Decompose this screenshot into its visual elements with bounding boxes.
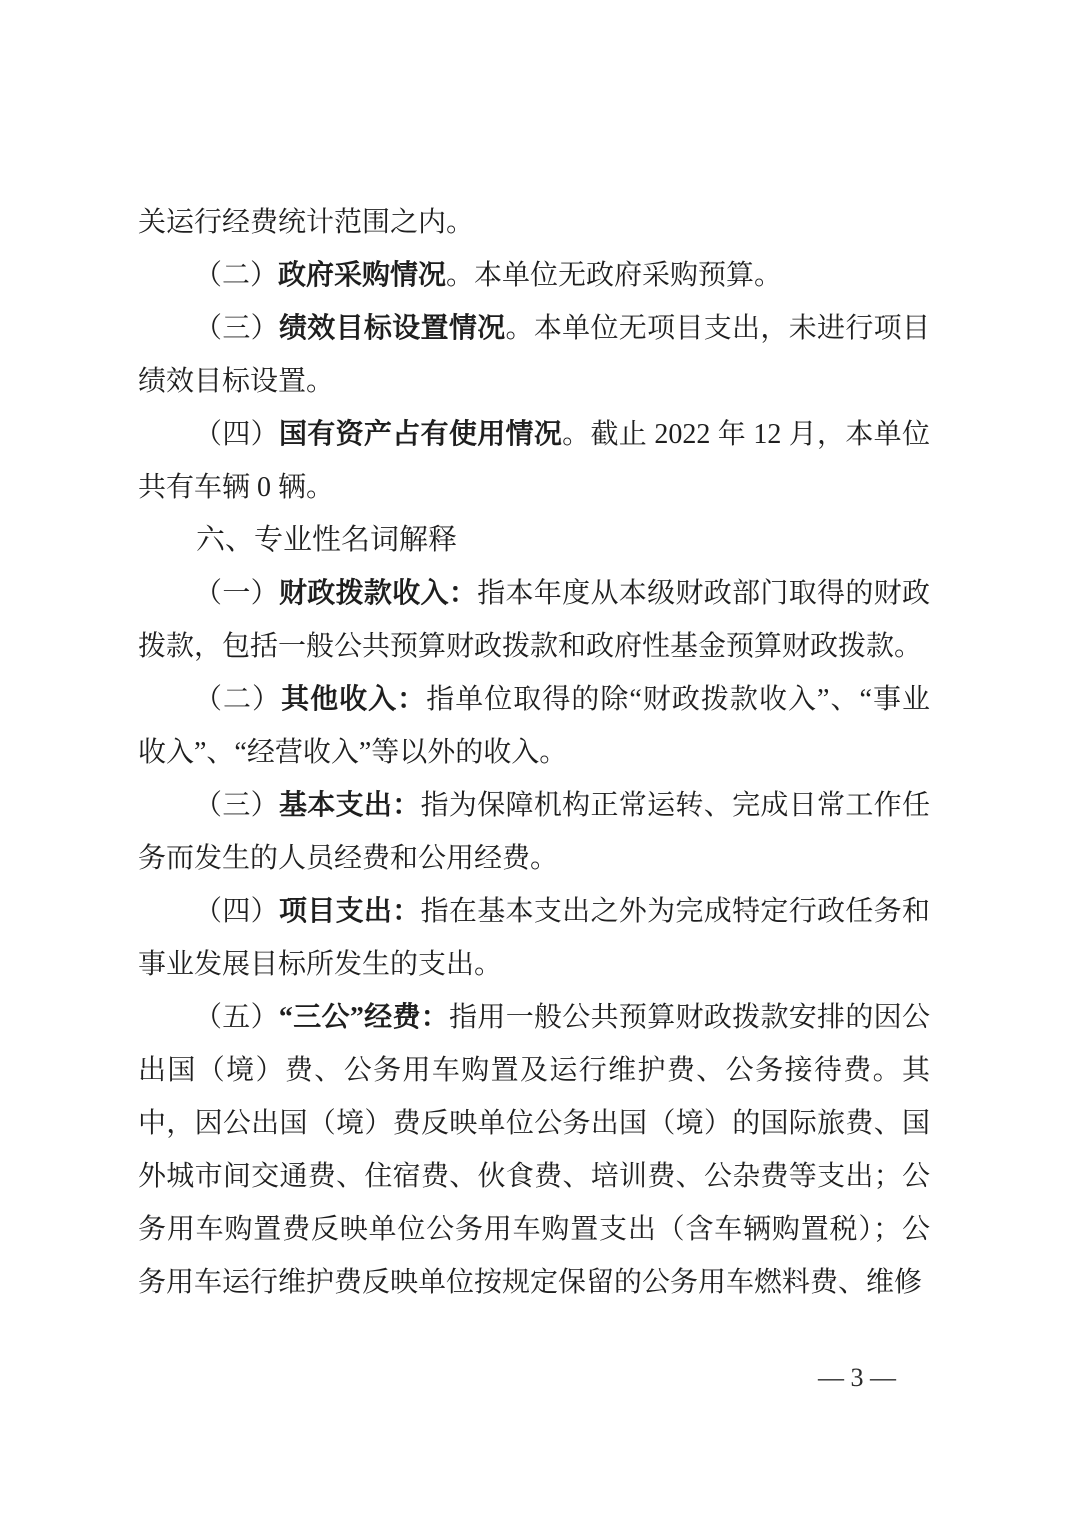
text-run: （二）: [194, 260, 278, 291]
body-paragraph: 关运行经费统计范围之内。: [138, 196, 930, 249]
body-paragraph: （一）财政拨款收入：指本年度从本级财政部门取得的财政拨款，包括一般公共预算财政拨…: [138, 567, 930, 673]
bold-term: 基本支出：: [279, 790, 421, 821]
bold-term: 其他收入：: [281, 684, 426, 715]
body-paragraph: （五）“三公”经费：指用一般公共预算财政拨款安排的因公出国（境）费、公务用车购置…: [138, 991, 930, 1309]
document-page: 关运行经费统计范围之内。（二）政府采购情况。本单位无政府采购预算。（三）绩效目标…: [0, 0, 1074, 1520]
text-run: （三）: [194, 313, 279, 344]
bold-term: “三公”经费：: [279, 1002, 449, 1033]
body-paragraph: （四）国有资产占有使用情况。截止 2022 年 12 月，本单位共有车辆 0 辆…: [138, 408, 930, 514]
text-run: （二）: [194, 684, 281, 715]
page-number: — 3 —: [800, 1362, 914, 1394]
bold-term: 国有资产占有使用情况: [279, 419, 562, 450]
document-body: 关运行经费统计范围之内。（二）政府采购情况。本单位无政府采购预算。（三）绩效目标…: [138, 196, 930, 1309]
text-run: 。本单位无政府采购预算。: [446, 260, 782, 291]
body-paragraph: （三）基本支出：指为保障机构正常运转、完成日常工作任务而发生的人员经费和公用经费…: [138, 779, 930, 885]
text-run: （一）: [194, 578, 279, 609]
text-run: （四）: [194, 419, 279, 450]
text-run: 指用一般公共预算财政拨款安排的因公出国（境）费、公务用车购置及运行维护费、公务接…: [138, 1002, 930, 1298]
bold-term: 项目支出：: [279, 896, 421, 927]
body-paragraph: （三）绩效目标设置情况。本单位无项目支出，未进行项目绩效目标设置。: [138, 302, 930, 408]
text-run: （四）: [194, 896, 279, 927]
bold-term: 财政拨款收入：: [279, 578, 477, 609]
bold-term: 政府采购情况: [278, 260, 446, 291]
body-paragraph: （二）其他收入：指单位取得的除“财政拨款收入”、“事业收入”、“经营收入”等以外…: [138, 673, 930, 779]
body-paragraph: （四）项目支出：指在基本支出之外为完成特定行政任务和事业发展目标所发生的支出。: [138, 885, 930, 991]
text-run: 关运行经费统计范围之内。: [138, 207, 474, 238]
text-run: （三）: [194, 790, 279, 821]
section-heading: 六、专业性名词解释: [138, 514, 930, 567]
bold-term: 绩效目标设置情况: [279, 313, 506, 344]
body-paragraph: （二）政府采购情况。本单位无政府采购预算。: [138, 249, 930, 302]
text-run: （五）: [194, 1002, 279, 1033]
text-run: 六、专业性名词解释: [196, 524, 457, 556]
